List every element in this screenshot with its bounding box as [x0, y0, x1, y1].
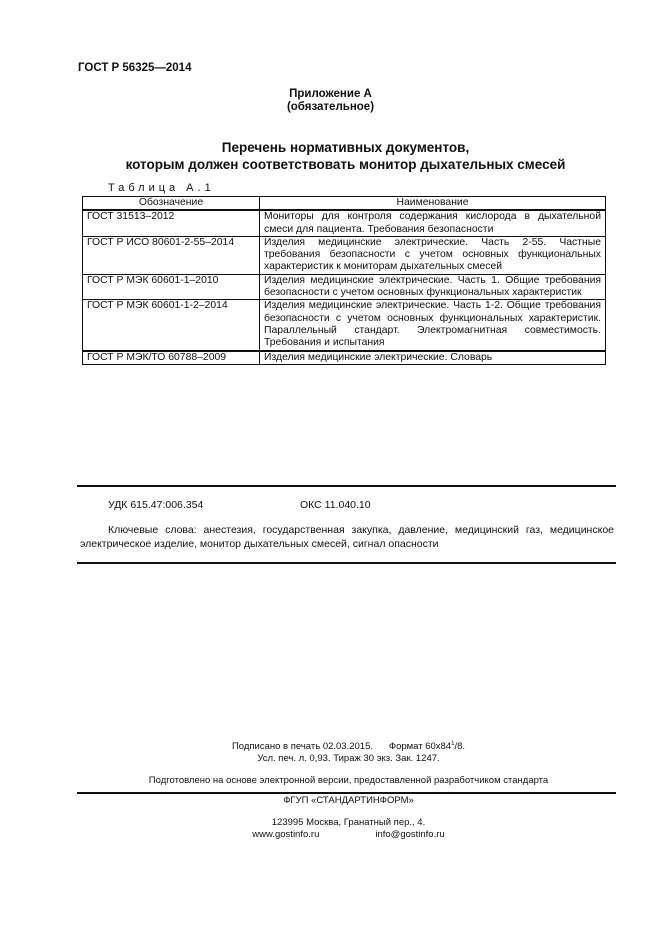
- table-row: ГОСТ 31513–2012 Мониторы для контроля со…: [83, 210, 606, 236]
- cell-code: ГОСТ 31513–2012: [83, 210, 260, 236]
- table-row: ГОСТ Р МЭК 60601-1-2–2014 Изделия медици…: [83, 300, 606, 351]
- publisher-divider: [77, 792, 616, 794]
- oks-code: ОКС 11.040.10: [300, 499, 371, 511]
- format-label: Формат 60x84: [389, 741, 451, 752]
- publisher-name: ФГУП «СТАНДАРТИНФОРМ»: [0, 795, 661, 806]
- section-title: Перечень нормативных документов, которым…: [0, 139, 661, 173]
- cell-name: Мониторы для контроля содержания кислоро…: [260, 210, 606, 236]
- publisher-address: 123995 Москва, Гранатный пер., 4.: [36, 817, 661, 829]
- document-code: ГОСТ Р 56325—2014: [78, 62, 191, 74]
- imprint-line-1: Подписано в печать 02.03.2015. Формат 60…: [36, 738, 661, 753]
- annex-title: Приложение А: [0, 88, 661, 101]
- format-sub: /8.: [454, 741, 465, 752]
- table-caption: Таблица А.1: [108, 182, 215, 194]
- cell-code: ГОСТ Р МЭК 60601-1-2–2014: [83, 300, 260, 351]
- cell-code: ГОСТ Р ИСО 80601-2-55–2014: [83, 236, 260, 274]
- cell-name: Изделия медицинские электрические. Часть…: [260, 300, 606, 351]
- column-header-code: Обозначение: [83, 197, 260, 211]
- print-details: Усл. печ. л. 0,93. Тираж 30 экз. Зак. 12…: [36, 753, 661, 765]
- annex-status: (обязательное): [0, 101, 661, 114]
- divider-top: [77, 485, 616, 487]
- email-link[interactable]: info@gostinfo.ru: [375, 829, 444, 840]
- cell-code: ГОСТ Р МЭК 60601-1–2010: [83, 274, 260, 300]
- imprint-block: Подписано в печать 02.03.2015. Формат 60…: [0, 738, 661, 765]
- table-row: ГОСТ Р ИСО 80601-2-55–2014 Изделия медиц…: [83, 236, 606, 274]
- divider-bottom: [77, 562, 616, 564]
- cell-name: Изделия медицинские электрические. Слова…: [260, 351, 606, 365]
- section-title-line-2: которым должен соответствовать монитор д…: [30, 156, 661, 173]
- table-header-row: Обозначение Наименование: [83, 197, 606, 211]
- udk-code: УДК 615.47:006.354: [108, 499, 203, 511]
- table-row: ГОСТ Р МЭК/ТО 60788–2009 Изделия медицин…: [83, 351, 606, 365]
- references-table: Обозначение Наименование ГОСТ 31513–2012…: [82, 196, 606, 365]
- website-link[interactable]: www.gostinfo.ru: [252, 829, 319, 840]
- signed-date: Подписано в печать 02.03.2015.: [232, 741, 373, 752]
- section-title-line-1: Перечень нормативных документов,: [30, 139, 661, 156]
- keywords: Ключевые слова: анестезия, государственн…: [80, 523, 614, 551]
- table-row: ГОСТ Р МЭК 60601-1–2010 Изделия медицинс…: [83, 274, 606, 300]
- annex-heading: Приложение А (обязательное): [0, 88, 661, 114]
- column-header-name: Наименование: [260, 197, 606, 211]
- cell-name: Изделия медицинские электрические. Часть…: [260, 274, 606, 300]
- prepared-note: Подготовлено на основе электронной верси…: [0, 775, 661, 786]
- cell-code: ГОСТ Р МЭК/ТО 60788–2009: [83, 351, 260, 365]
- publisher-web-row: www.gostinfo.ruinfo@gostinfo.ru: [36, 829, 661, 841]
- cell-name: Изделия медицинские электрические. Часть…: [260, 236, 606, 274]
- publisher-contacts: 123995 Москва, Гранатный пер., 4. www.go…: [0, 817, 661, 841]
